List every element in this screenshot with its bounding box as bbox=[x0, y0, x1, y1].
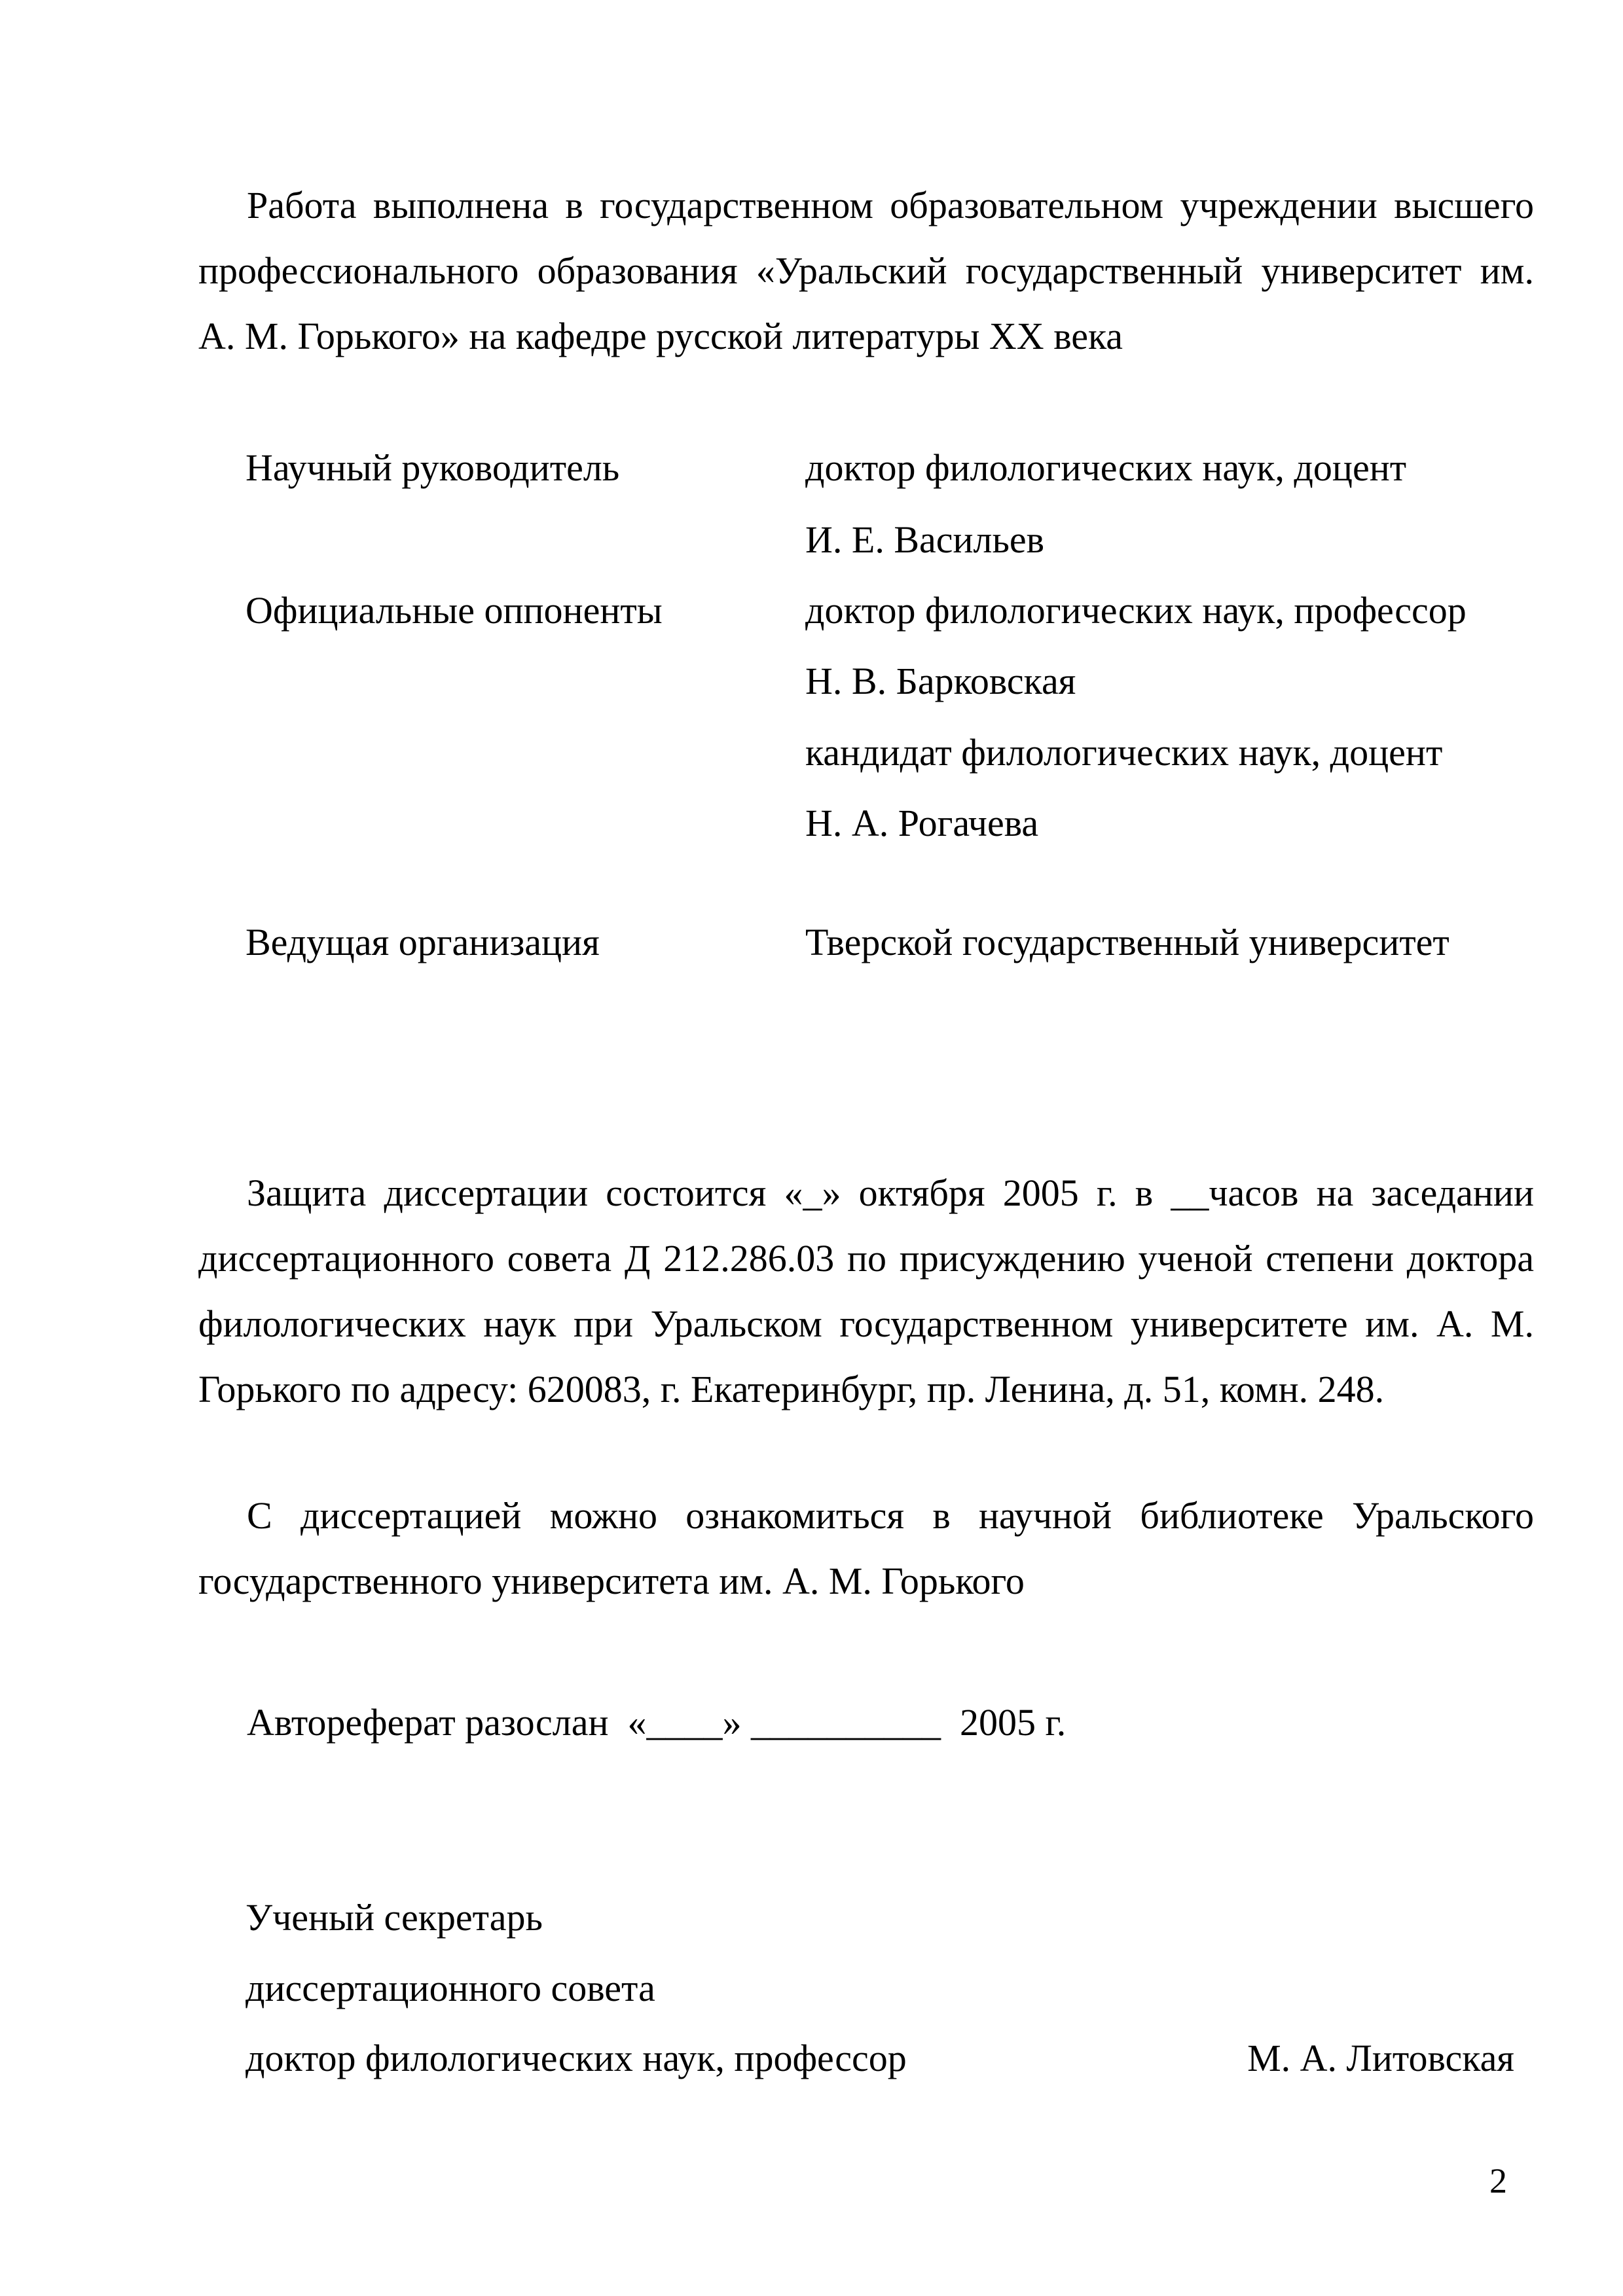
paragraph-work-performed: Работа выполнена в государственном образ… bbox=[198, 173, 1534, 369]
paragraph-line: Защита диссертации состоится «_» октября… bbox=[198, 1160, 1534, 1226]
signature-name: М. А. Литовская bbox=[1247, 2026, 1514, 2091]
committee-row-label: Официальные оппоненты bbox=[246, 578, 805, 643]
paragraph-line: А. М. Горького» на кафедре русской литер… bbox=[198, 304, 1534, 369]
paragraph-line: профессионального образования «Уральский… bbox=[198, 238, 1534, 304]
page-number: 2 bbox=[1489, 2148, 1507, 2214]
committee-row-opponents: Официальные оппонентыдоктор филологическ… bbox=[246, 578, 1467, 643]
paragraph-line: Горького по адресу: 620083, г. Екатеринб… bbox=[198, 1357, 1534, 1422]
committee-row-label: Ведущая организация bbox=[246, 910, 805, 975]
committee-row-value: Тверской государственный университет bbox=[805, 921, 1450, 963]
abstract-sent-line: Автореферат разослан «____» __________ 2… bbox=[247, 1690, 1066, 1755]
paragraph-library: С диссертацией можно ознакомиться в науч… bbox=[198, 1483, 1534, 1614]
committee-row-leading-organization: Ведущая организацияТверской государствен… bbox=[246, 910, 1450, 975]
paragraph-line: филологических наук при Уральском госуда… bbox=[198, 1291, 1534, 1357]
signature-line-secretary: Ученый секретарь bbox=[246, 1885, 543, 1950]
paragraph-line: С диссертацией можно ознакомиться в науч… bbox=[198, 1483, 1534, 1549]
committee-row-label: Научный руководитель bbox=[246, 435, 805, 501]
signature-line-council: диссертационного совета bbox=[246, 1956, 655, 2021]
committee-row-opponent-degree: кандидат филологических наук, доцент bbox=[246, 720, 1442, 785]
paragraph-line: государственного университета им. А. М. … bbox=[198, 1549, 1534, 1614]
paragraph-line: Работа выполнена в государственном образ… bbox=[198, 173, 1534, 238]
committee-row-supervisor-name: И. Е. Васильев bbox=[246, 507, 1044, 573]
committee-row-value: Н. А. Рогачева bbox=[805, 802, 1038, 844]
committee-row-opponent-name: Н. В. Барковская bbox=[246, 649, 1076, 714]
committee-row-supervisor: Научный руководительдоктор филологически… bbox=[246, 435, 1406, 501]
signature-line-degree: доктор филологических наук, профессор bbox=[246, 2026, 907, 2091]
committee-row-value: доктор филологических наук, доцент bbox=[805, 446, 1406, 489]
committee-row-value: И. Е. Васильев bbox=[805, 518, 1044, 561]
paragraph-line: диссертационного совета Д 212.286.03 по … bbox=[198, 1226, 1534, 1291]
committee-row-opponent-name: Н. А. Рогачева bbox=[246, 791, 1038, 856]
dissertation-abstract-page: Работа выполнена в государственном образ… bbox=[0, 0, 1623, 2296]
committee-row-value: кандидат филологических наук, доцент bbox=[805, 731, 1442, 774]
committee-row-value: доктор филологических наук, профессор bbox=[805, 589, 1467, 632]
paragraph-defense: Защита диссертации состоится «_» октября… bbox=[198, 1160, 1534, 1422]
committee-row-value: Н. В. Барковская bbox=[805, 660, 1076, 702]
